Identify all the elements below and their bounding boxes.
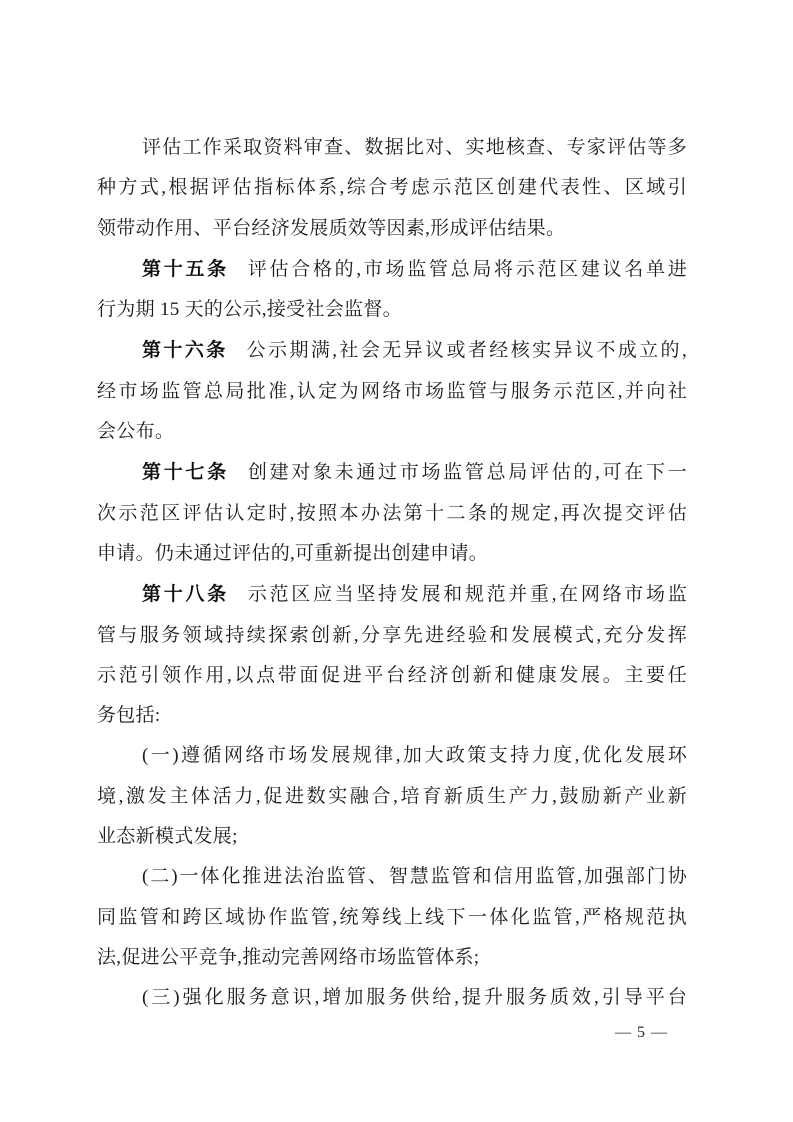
article-number: 第十五条 xyxy=(142,258,229,280)
line-text: 种方式,根据评估指标体系,综合考虑示范区创建代表性、区域引 xyxy=(97,177,687,198)
line-text: 申请。仍未通过评估的,可重新提出创建申请。 xyxy=(97,543,488,564)
article-number: 第十七条 xyxy=(142,461,229,483)
line-text: 同监管和跨区域协作监管,统筹线上线下一体化监管,严格规范执 xyxy=(97,907,687,928)
text-line: (三)强化服务意识,增加服务供给,提升服务质效,引导平台 xyxy=(97,978,687,1018)
line-text: 法,促进公平竞争,推动完善网络市场监管体系; xyxy=(97,947,479,968)
paragraph-article-16: 第十六条公示期满,社会无异议或者经核实异议不成立的, 经市场监管总局批准,认定为… xyxy=(97,330,687,452)
paragraph-task-3: (三)强化服务意识,增加服务供给,提升服务质效,引导平台 xyxy=(97,978,687,1018)
line-text: 公示期满,社会无异议或者经核实异议不成立的, xyxy=(247,340,687,361)
line-text: 行为期 15 天的公示,接受社会监督。 xyxy=(97,299,402,320)
paragraph-article-18: 第十八条示范区应当坚持发展和规范并重,在网络市场监 管与服务领域持续探索创新,分… xyxy=(97,574,687,736)
line-text: 管与服务领域持续探索创新,分享先进经验和发展模式,充分发挥 xyxy=(97,625,687,646)
text-line: 同监管和跨区域协作监管,统筹线上线下一体化监管,严格规范执 xyxy=(97,898,687,938)
line-text: 境,激发主体活力,促进数实融合,培育新质生产力,鼓励新产业新 xyxy=(97,786,687,807)
text-line: 境,激发主体活力,促进数实融合,培育新质生产力,鼓励新产业新 xyxy=(97,777,687,817)
text-line: 申请。仍未通过评估的,可重新提出创建申请。 xyxy=(97,534,687,574)
paragraph-article-15: 第十五条评估合格的,市场监管总局将示范区建议名单进 行为期 15 天的公示,接受… xyxy=(97,249,687,331)
line-text: (二)一体化推进法治监管、智慧监管和信用监管,加强部门协 xyxy=(142,866,687,887)
text-line: 第十六条公示期满,社会无异议或者经核实异议不成立的, xyxy=(97,330,687,371)
paragraph-article-17: 第十七条创建对象未通过市场监管总局评估的,可在下一 次示范区评估认定时,按照本办… xyxy=(97,452,687,574)
line-text: 业态新模式发展; xyxy=(97,826,238,847)
text-line: (一)遵循网络市场发展规律,加大政策支持力度,优化发展环 xyxy=(97,736,687,776)
article-number: 第十六条 xyxy=(142,339,228,361)
text-line: 示范引领作用,以点带面促进平台经济创新和健康发展。主要任 xyxy=(97,656,687,696)
article-number: 第十八条 xyxy=(142,583,229,605)
paragraph-evaluation-methods: 评估工作采取资料审查、数据比对、实地核查、专家评估等多 种方式,根据评估指标体系… xyxy=(97,128,687,249)
line-text: 示范区应当坚持发展和规范并重,在网络市场监 xyxy=(248,584,687,605)
text-line: 管与服务领域持续探索创新,分享先进经验和发展模式,充分发挥 xyxy=(97,616,687,656)
text-line: 次示范区评估认定时,按照本办法第十二条的规定,再次提交评估 xyxy=(97,494,687,534)
text-line: 第十七条创建对象未通过市场监管总局评估的,可在下一 xyxy=(97,452,687,493)
line-text: 领带动作用、平台经济发展质效等因素,形成评估结果。 xyxy=(97,218,565,239)
line-text: 务包括: xyxy=(97,705,160,726)
line-text: 次示范区评估认定时,按照本办法第十二条的规定,再次提交评估 xyxy=(97,503,687,524)
text-line: 会公布。 xyxy=(97,412,687,452)
line-text: (三)强化服务意识,增加服务供给,提升服务质效,引导平台 xyxy=(142,987,687,1008)
line-text: 评估合格的,市场监管总局将示范区建议名单进 xyxy=(248,259,687,280)
text-line: 第十五条评估合格的,市场监管总局将示范区建议名单进 xyxy=(97,249,687,290)
document-body: 评估工作采取资料审查、数据比对、实地核查、专家评估等多 种方式,根据评估指标体系… xyxy=(97,128,687,1019)
text-line: (二)一体化推进法治监管、智慧监管和信用监管,加强部门协 xyxy=(97,857,687,897)
text-line: 业态新模式发展; xyxy=(97,817,687,857)
page-number: — 5 — xyxy=(615,1022,668,1044)
text-line: 种方式,根据评估指标体系,综合考虑示范区创建代表性、区域引 xyxy=(97,168,687,208)
text-line: 行为期 15 天的公示,接受社会监督。 xyxy=(97,290,687,330)
document-page: 评估工作采取资料审查、数据比对、实地核查、专家评估等多 种方式,根据评估指标体系… xyxy=(0,0,793,1122)
text-line: 领带动作用、平台经济发展质效等因素,形成评估结果。 xyxy=(97,209,687,249)
text-line: 务包括: xyxy=(97,696,687,736)
line-text: 会公布。 xyxy=(97,421,174,442)
line-text: 创建对象未通过市场监管总局评估的,可在下一 xyxy=(248,462,687,483)
line-text: 示范引领作用,以点带面促进平台经济创新和健康发展。主要任 xyxy=(97,665,687,686)
paragraph-task-2: (二)一体化推进法治监管、智慧监管和信用监管,加强部门协 同监管和跨区域协作监管… xyxy=(97,857,687,978)
line-text: (一)遵循网络市场发展规律,加大政策支持力度,优化发展环 xyxy=(142,745,687,766)
text-line: 第十八条示范区应当坚持发展和规范并重,在网络市场监 xyxy=(97,574,687,615)
line-text: 评估工作采取资料审查、数据比对、实地核查、专家评估等多 xyxy=(142,137,687,158)
text-line: 评估工作采取资料审查、数据比对、实地核查、专家评估等多 xyxy=(97,128,687,168)
paragraph-task-1: (一)遵循网络市场发展规律,加大政策支持力度,优化发展环 境,激发主体活力,促进… xyxy=(97,736,687,857)
text-line: 法,促进公平竞争,推动完善网络市场监管体系; xyxy=(97,938,687,978)
line-text: 经市场监管总局批准,认定为网络市场监管与服务示范区,并向社 xyxy=(97,381,687,402)
text-line: 经市场监管总局批准,认定为网络市场监管与服务示范区,并向社 xyxy=(97,372,687,412)
